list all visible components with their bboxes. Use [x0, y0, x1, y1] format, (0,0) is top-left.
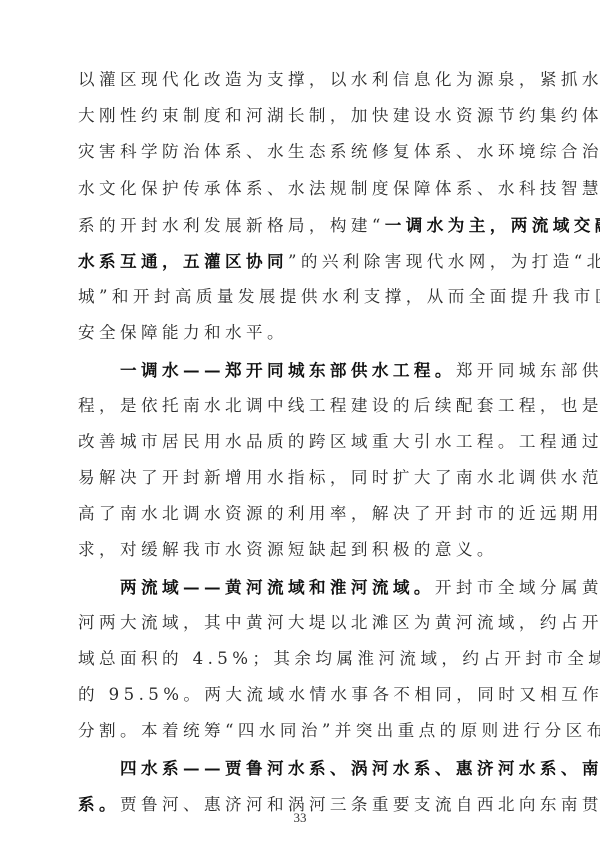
- body-text: 域总面积的 4.5%；其余均属淮河流域，约占开封市全域总面积: [78, 649, 600, 668]
- body-text: 求，对缓解我市水资源短缺起到积极的意义。: [78, 540, 498, 559]
- body-text: 高了南水北调水资源的利用率，解决了开封市的近远期用水需: [78, 504, 600, 523]
- body-text: 改善城市居民用水品质的跨区域重大引水工程。工程通过水权交: [78, 432, 600, 451]
- text-line: 城”和开封高质量发展提供水利支撑，从而全面提升我市区的水: [78, 279, 522, 315]
- text-line: 分割。本着统筹“四水同治”并突出重点的原则进行分区布局。: [78, 713, 522, 749]
- body-text: 分割。本着统筹“四水同治”并突出重点的原则进行分区布局。: [78, 721, 600, 740]
- text-line: 易解决了开封新增用水指标，同时扩大了南水北调供水范围，提: [78, 460, 522, 496]
- text-line: 高了南水北调水资源的利用率，解决了开封市的近远期用水需: [78, 496, 522, 532]
- body-text: 安全保障能力和水平。: [78, 323, 288, 342]
- text-line: 安全保障能力和水平。: [78, 315, 522, 351]
- body-text: 程，是依托南水北调中线工程建设的后续配套工程，也是开封市: [78, 396, 600, 415]
- body-text: 城”和开封高质量发展提供水利支撑，从而全面提升我市区的水: [78, 287, 600, 306]
- bold-heading-text: 两流域——黄河流域和淮河流域。: [120, 577, 435, 597]
- text-line: 灾害科学防治体系、水生态系统修复体系、水环境综合治理体系、: [78, 134, 522, 170]
- body-text: 灾害科学防治体系、水生态系统修复体系、水环境综合治理体系、: [78, 142, 600, 161]
- text-line: 程，是依托南水北调中线工程建设的后续配套工程，也是开封市: [78, 388, 522, 424]
- body-text: 易解决了开封新增用水指标，同时扩大了南水北调供水范围，提: [78, 468, 600, 487]
- body-text: 开封市全域分属黄河、淮: [435, 578, 600, 597]
- text-line: 求，对缓解我市水资源短缺起到积极的意义。: [78, 532, 522, 568]
- bold-heading-text: 四水系——贾鲁河水系、涡河水系、惠济河水系、南四湖水: [120, 758, 600, 778]
- text-line: 四水系——贾鲁河水系、涡河水系、惠济河水系、南四湖水: [78, 750, 522, 786]
- body-text: ”的兴利除害现代水网，为打造“北方水: [288, 252, 600, 271]
- body-text: 的 95.5%。两大流域水情水事各不相同，同时又相互作用，不可: [78, 685, 600, 704]
- text-line: 两流域——黄河流域和淮河流域。开封市全域分属黄河、淮: [78, 569, 522, 605]
- body-text: 以灌区现代化改造为支撑，以水利信息化为源泉，紧抓水资源最: [78, 70, 600, 89]
- text-line: 河两大流域，其中黄河大堤以北滩区为黄河流域，约占开封市全: [78, 605, 522, 641]
- body-text: 大刚性约束制度和河湖长制，加快建设水资源节约集约体系、水: [78, 106, 600, 125]
- bold-heading-text: 一调水为主，两流域交融，四: [385, 215, 600, 235]
- body-text: 水文化保护传承体系、水法规制度保障体系、水科技智慧创新体: [78, 179, 600, 198]
- page-number: 33: [0, 810, 600, 826]
- body-text: 河两大流域，其中黄河大堤以北滩区为黄河流域，约占开封市全: [78, 613, 600, 632]
- body-text: 系的开封水利发展新格局，构建“: [78, 216, 385, 235]
- text-line: 一调水——郑开同城东部供水工程。郑开同城东部供水工: [78, 352, 522, 388]
- document-body: 以灌区现代化改造为支撑，以水利信息化为源泉，紧抓水资源最大刚性约束制度和河湖长制…: [78, 62, 522, 822]
- text-line: 大刚性约束制度和河湖长制，加快建设水资源节约集约体系、水: [78, 98, 522, 134]
- body-text: 郑开同城东部供水工: [456, 361, 600, 380]
- text-line: 以灌区现代化改造为支撑，以水利信息化为源泉，紧抓水资源最: [78, 62, 522, 98]
- text-line: 水文化保护传承体系、水法规制度保障体系、水科技智慧创新体: [78, 171, 522, 207]
- text-line: 水系互通，五灌区协同”的兴利除害现代水网，为打造“北方水: [78, 243, 522, 279]
- bold-heading-text: 一调水——郑开同城东部供水工程。: [120, 360, 456, 380]
- text-line: 改善城市居民用水品质的跨区域重大引水工程。工程通过水权交: [78, 424, 522, 460]
- bold-heading-text: 水系互通，五灌区协同: [78, 251, 288, 271]
- text-line: 域总面积的 4.5%；其余均属淮河流域，约占开封市全域总面积: [78, 641, 522, 677]
- text-line: 的 95.5%。两大流域水情水事各不相同，同时又相互作用，不可: [78, 677, 522, 713]
- text-line: 系的开封水利发展新格局，构建“一调水为主，两流域交融，四: [78, 207, 522, 243]
